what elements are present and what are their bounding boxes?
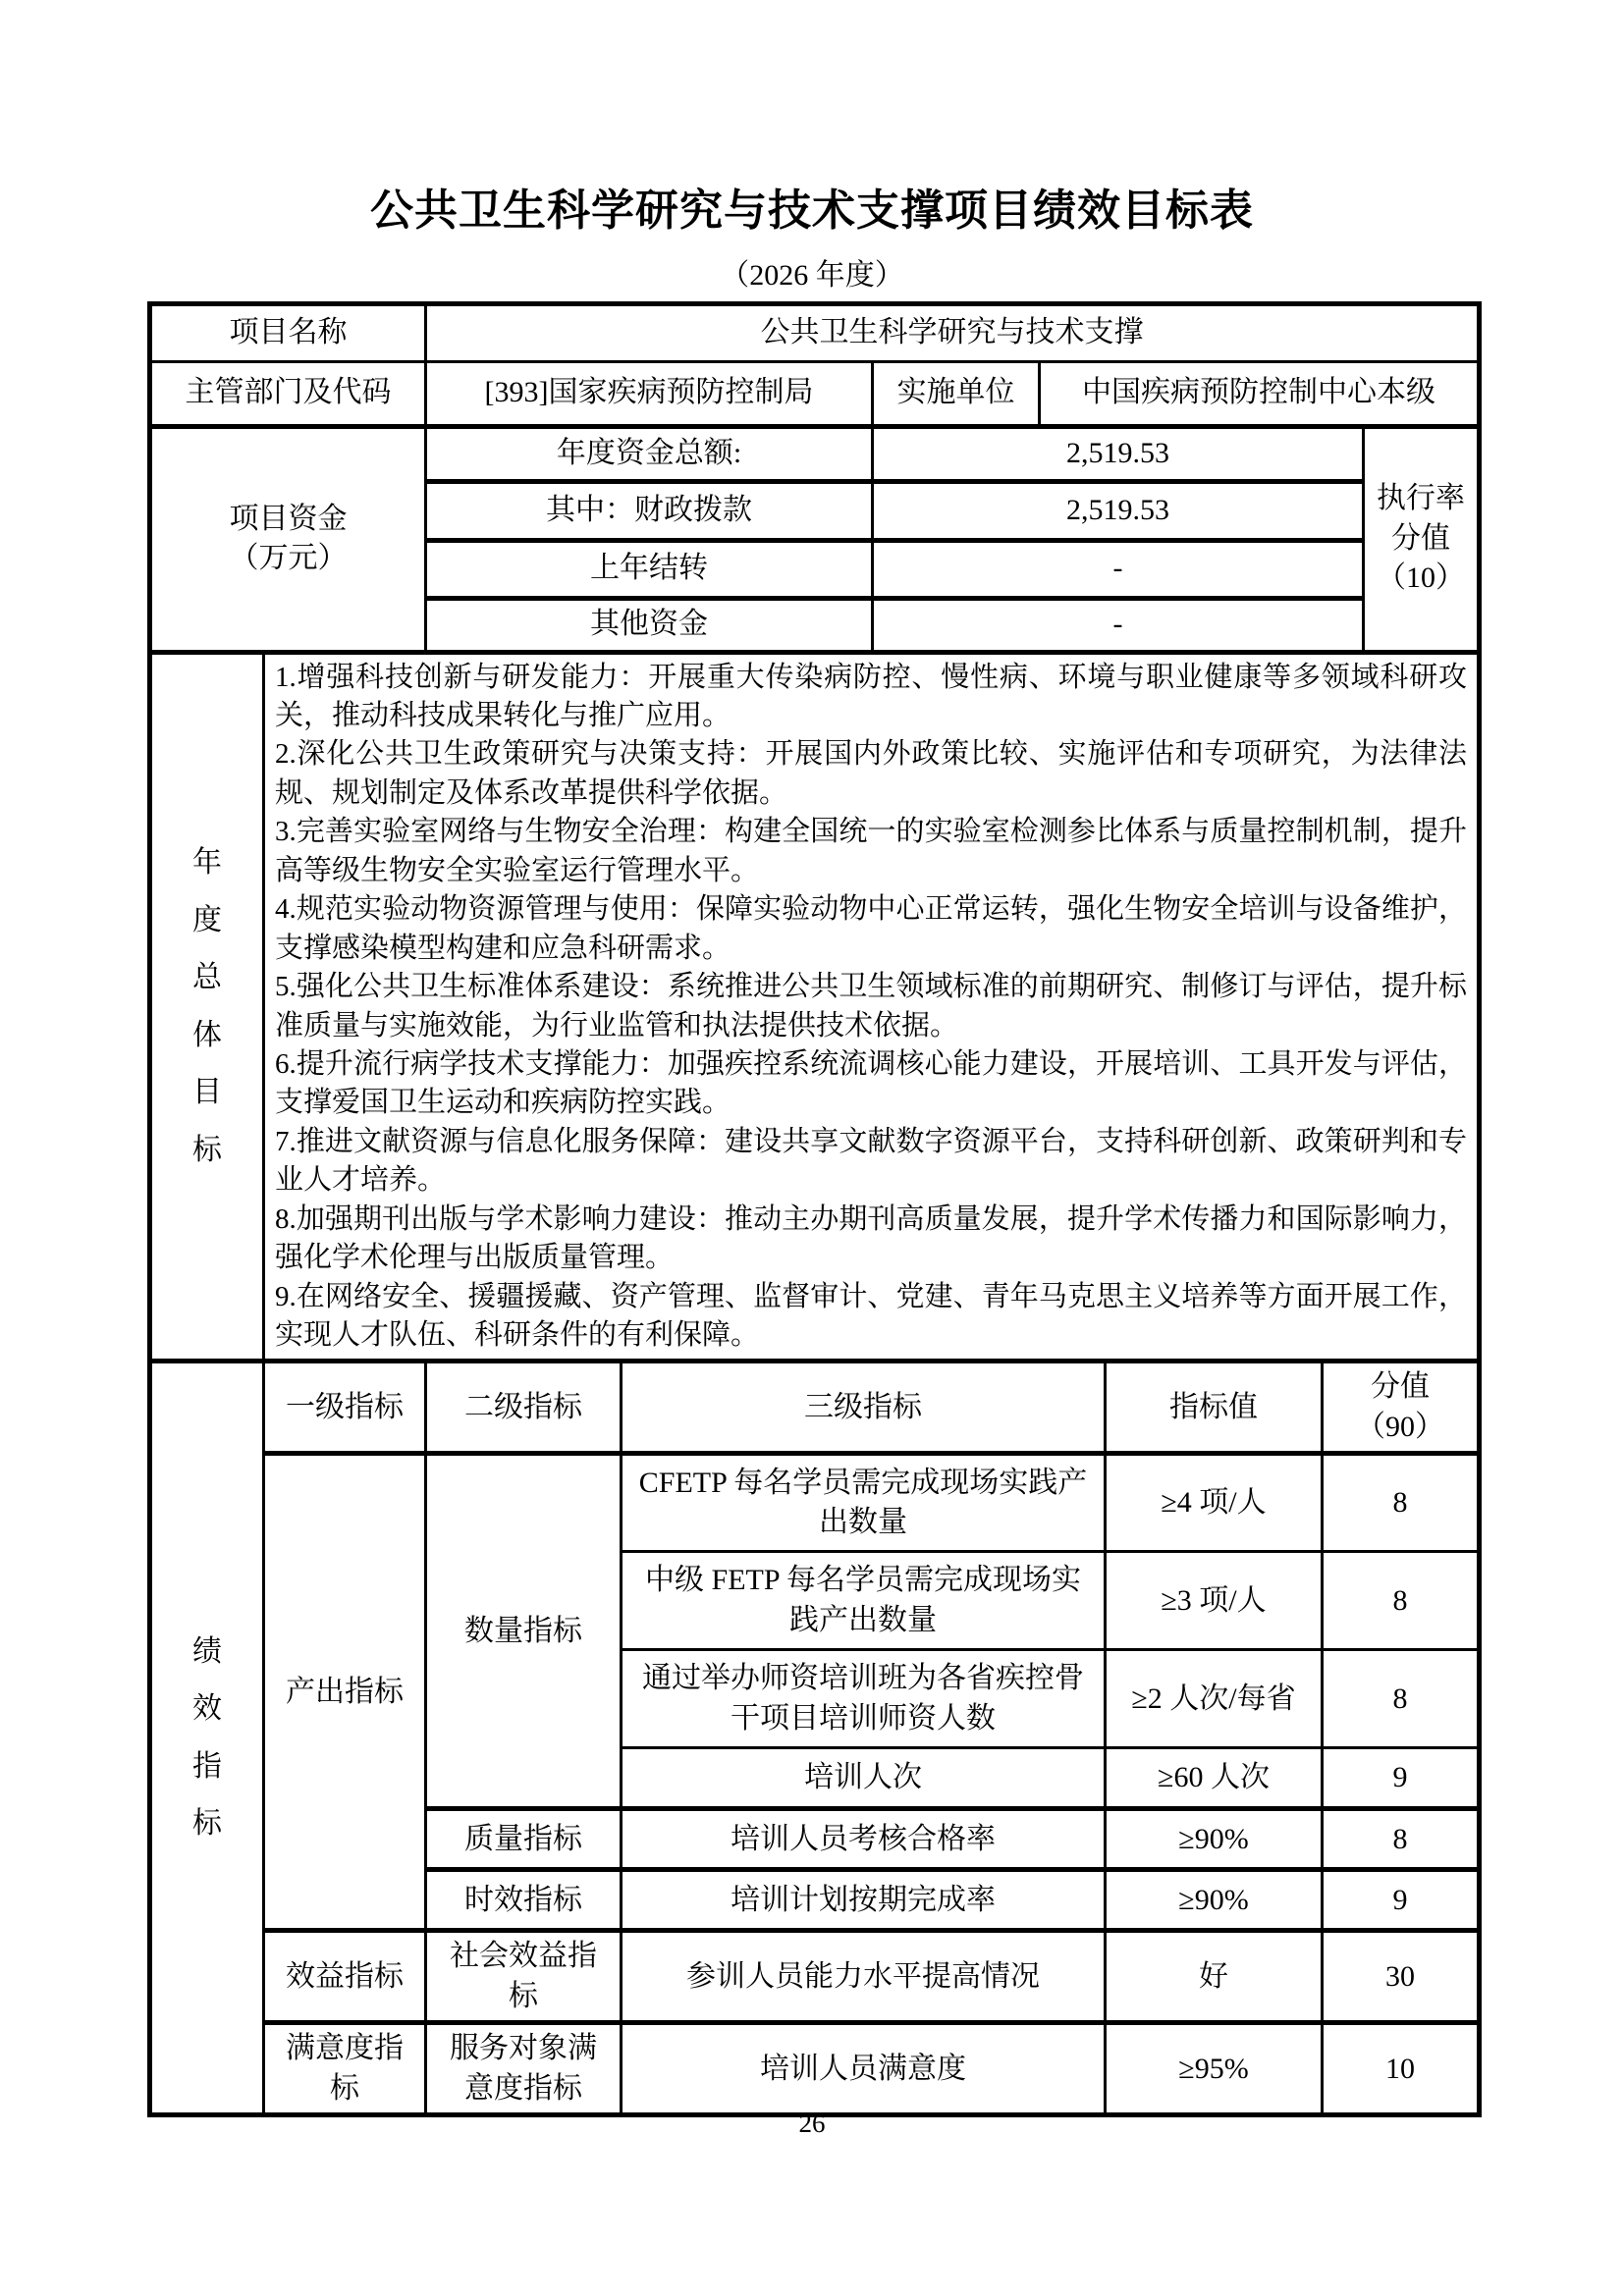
annual-goals-label-cell: 年度总体目标 (150, 652, 264, 1362)
goal-item: 5.强化公共卫生标准体系建设：系统推进公共卫生领域标准的前期研究、制修订与评估，… (275, 968, 1467, 1045)
goal-item: 1.增强科技创新与研发能力：开展重大传染病防控、慢性病、环境与职业健康等多领域科… (275, 659, 1467, 736)
goal-item: 9.在网络安全、援疆援藏、资产管理、监督审计、党建、青年马克思主义培养等方面开展… (275, 1278, 1467, 1356)
level1-output: 产出指标 (264, 1454, 426, 1931)
level2-social-benefit: 社会效益指标 (426, 1931, 622, 2023)
level2-service-satisfaction: 服务对象满意度指标 (426, 2023, 622, 2115)
document-content: 公共卫生科学研究与技术支撑项目绩效目标表 （2026 年度） 项目名称 公共卫生… (147, 0, 1477, 2117)
goal-item: 4.规范实验动物资源管理与使用：保障实验动物中心正常运转，强化生物安全培训与设备… (275, 890, 1467, 968)
indicator-score: 9 (1323, 1870, 1480, 1931)
indicator-value: ≥90% (1106, 1809, 1323, 1870)
row-department: 主管部门及代码 [393]国家疾病预防控制局 实施单位 中国疾病预防控制中心本级 (150, 361, 1480, 426)
document-page: 公共卫生科学研究与技术支撑项目绩效目标表 （2026 年度） 项目名称 公共卫生… (0, 0, 1624, 2296)
page-title: 公共卫生科学研究与技术支撑项目绩效目标表 (147, 187, 1477, 237)
funding-total-value: 2,519.53 (873, 426, 1364, 481)
execution-rate-line3: （10） (1375, 559, 1467, 599)
indicator-name: CFETP 每名学员需完成现场实践产出数量 (622, 1454, 1106, 1552)
dept-label: 主管部门及代码 (150, 361, 426, 426)
indicator-name: 培训人次 (622, 1748, 1106, 1809)
impl-label: 实施单位 (873, 361, 1040, 426)
funding-label-line2: （万元） (162, 539, 414, 579)
indicator-name: 中级 FETP 每名学员需完成现场实践产出数量 (622, 1552, 1106, 1650)
page-subtitle: （2026 年度） (147, 250, 1477, 294)
indicator-name: 培训人员满意度 (622, 2023, 1106, 2115)
indicator-score: 8 (1323, 1454, 1480, 1552)
row-project-name: 项目名称 公共卫生科学研究与技术支撑 (150, 303, 1480, 361)
goal-item: 8.加强期刊出版与学术影响力建设：推动主办期刊高质量发展，提升学术传播力和国际影… (275, 1201, 1467, 1278)
execution-rate-label: 执行率 分值 （10） (1364, 426, 1480, 652)
goal-item: 6.提升流行病学技术支撑能力：加强疾控系统流调核心能力建设，开展培训、工具开发与… (275, 1045, 1467, 1123)
funding-other-label: 其他资金 (426, 598, 873, 652)
row-annual-goals: 年度总体目标 1.增强科技创新与研发能力：开展重大传染病防控、慢性病、环境与职业… (150, 652, 1480, 1362)
indicator-score: 9 (1323, 1748, 1480, 1809)
funding-carryover-value: - (873, 540, 1364, 598)
funding-total-label: 年度资金总额: (426, 426, 873, 481)
dept-value: [393]国家疾病预防控制局 (426, 361, 873, 426)
indicator-score: 30 (1323, 1931, 1480, 2023)
header-level3: 三级指标 (622, 1362, 1106, 1454)
indicator-score: 8 (1323, 1809, 1480, 1870)
performance-indicator-label-cell: 绩效指标 (150, 1362, 264, 2115)
goal-item: 2.深化公共卫生政策研究与决策支持：开展国内外政策比较、实施评估和专项研究，为法… (275, 735, 1467, 813)
header-level2: 二级指标 (426, 1362, 622, 1454)
level2-timeliness: 时效指标 (426, 1870, 622, 1931)
indicator-name: 参训人员能力水平提高情况 (622, 1931, 1106, 2023)
indicator-value: ≥60 人次 (1106, 1748, 1323, 1809)
execution-rate-line1: 执行率 (1375, 479, 1467, 519)
funding-fiscal-label: 其中：财政拨款 (426, 481, 873, 540)
indicator-row: 满意度指标 服务对象满意度指标 培训人员满意度 ≥95% 10 (150, 2023, 1480, 2115)
header-value: 指标值 (1106, 1362, 1323, 1454)
page-number: 26 (0, 2109, 1624, 2139)
funding-label: 项目资金 （万元） (150, 426, 426, 652)
indicator-row: 产出指标 数量指标 CFETP 每名学员需完成现场实践产出数量 ≥4 项/人 8 (150, 1454, 1480, 1552)
row-funding-total: 项目资金 （万元） 年度资金总额: 2,519.53 执行率 分值 （10） (150, 426, 1480, 481)
indicator-value: ≥90% (1106, 1870, 1323, 1931)
impl-value: 中国疾病预防控制中心本级 (1040, 361, 1480, 426)
row-indicator-header: 绩效指标 一级指标 二级指标 三级指标 指标值 分值 （90） (150, 1362, 1480, 1454)
funding-other-value: - (873, 598, 1364, 652)
level2-quality: 质量指标 (426, 1809, 622, 1870)
funding-label-line1: 项目资金 (162, 500, 414, 540)
indicator-value: ≥4 项/人 (1106, 1454, 1323, 1552)
project-name-label: 项目名称 (150, 303, 426, 361)
indicator-row: 效益指标 社会效益指标 参训人员能力水平提高情况 好 30 (150, 1931, 1480, 2023)
funding-carryover-label: 上年结转 (426, 540, 873, 598)
indicator-value: ≥2 人次/每省 (1106, 1650, 1323, 1748)
indicator-score: 10 (1323, 2023, 1480, 2115)
indicator-score: 8 (1323, 1650, 1480, 1748)
performance-indicator-label: 绩效指标 (190, 1624, 225, 1853)
indicator-value: ≥95% (1106, 2023, 1323, 2115)
annual-goals-text: 1.增强科技创新与研发能力：开展重大传染病防控、慢性病、环境与职业健康等多领域科… (264, 652, 1480, 1362)
indicator-value: 好 (1106, 1931, 1323, 2023)
funding-fiscal-value: 2,519.53 (873, 481, 1364, 540)
header-level1: 一级指标 (264, 1362, 426, 1454)
goal-item: 7.推进文献资源与信息化服务保障：建设共享文献数字资源平台，支持科研创新、政策研… (275, 1123, 1467, 1201)
performance-target-table: 项目名称 公共卫生科学研究与技术支撑 主管部门及代码 [393]国家疾病预防控制… (147, 301, 1482, 2118)
annual-goals-label: 年度总体目标 (190, 834, 225, 1179)
execution-rate-line2: 分值 (1375, 519, 1467, 560)
level1-benefit: 效益指标 (264, 1931, 426, 2023)
indicator-name: 培训计划按期完成率 (622, 1870, 1106, 1931)
indicator-name: 通过举办师资培训班为各省疾控骨干项目培训师资人数 (622, 1650, 1106, 1748)
goal-item: 3.完善实验室网络与生物安全治理：构建全国统一的实验室检测参比体系与质量控制机制… (275, 813, 1467, 890)
header-score: 分值 （90） (1323, 1362, 1480, 1454)
header-score-line1: 分值 (1333, 1367, 1467, 1408)
level2-quantity: 数量指标 (426, 1454, 622, 1809)
level1-satisfaction: 满意度指标 (264, 2023, 426, 2115)
indicator-score: 8 (1323, 1552, 1480, 1650)
project-name-value: 公共卫生科学研究与技术支撑 (426, 303, 1480, 361)
indicator-name: 培训人员考核合格率 (622, 1809, 1106, 1870)
indicator-value: ≥3 项/人 (1106, 1552, 1323, 1650)
header-score-line2: （90） (1333, 1408, 1467, 1448)
